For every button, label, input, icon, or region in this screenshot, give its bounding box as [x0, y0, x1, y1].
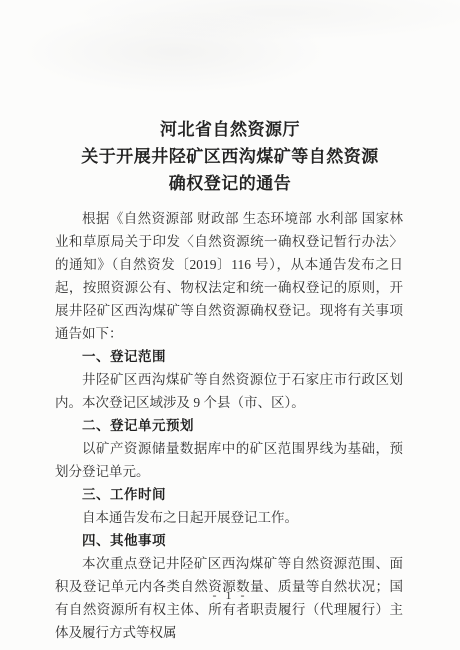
- section-4-heading: 四、其他事项: [55, 529, 403, 552]
- section-2-body: 以矿产资源储量数据库中的矿区范围界线为基础，预划分登记单元。: [55, 437, 403, 483]
- title-line-subject: 关于开展井陉矿区西沟煤矿等自然资源: [0, 143, 460, 170]
- title-line-doctype: 确权登记的通告: [0, 170, 460, 197]
- section-2-heading: 二、登记单元预划: [55, 414, 403, 437]
- section-1-heading: 一、登记范围: [55, 345, 403, 368]
- section-3-heading: 三、工作时间: [55, 483, 403, 506]
- scanned-document-page: 河北省自然资源厅 关于开展井陉矿区西沟煤矿等自然资源 确权登记的通告 根据《自然…: [0, 0, 460, 650]
- title-line-issuer: 河北省自然资源厅: [0, 116, 460, 143]
- intro-paragraph: 根据《自然资源部 财政部 生态环境部 水利部 国家林业和草原局关于印发〈自然资源…: [55, 207, 403, 345]
- document-title: 河北省自然资源厅 关于开展井陉矿区西沟煤矿等自然资源 确权登记的通告: [0, 116, 460, 197]
- section-3-body: 自本通告发布之日起开展登记工作。: [55, 506, 403, 529]
- page-number: - 1 -: [0, 588, 460, 603]
- document-body: 根据《自然资源部 财政部 生态环境部 水利部 国家林业和草原局关于印发〈自然资源…: [55, 207, 403, 644]
- section-1-body: 井陉矿区西沟煤矿等自然资源位于石家庄市行政区划内。本次登记区域涉及 9 个县（市…: [55, 368, 403, 414]
